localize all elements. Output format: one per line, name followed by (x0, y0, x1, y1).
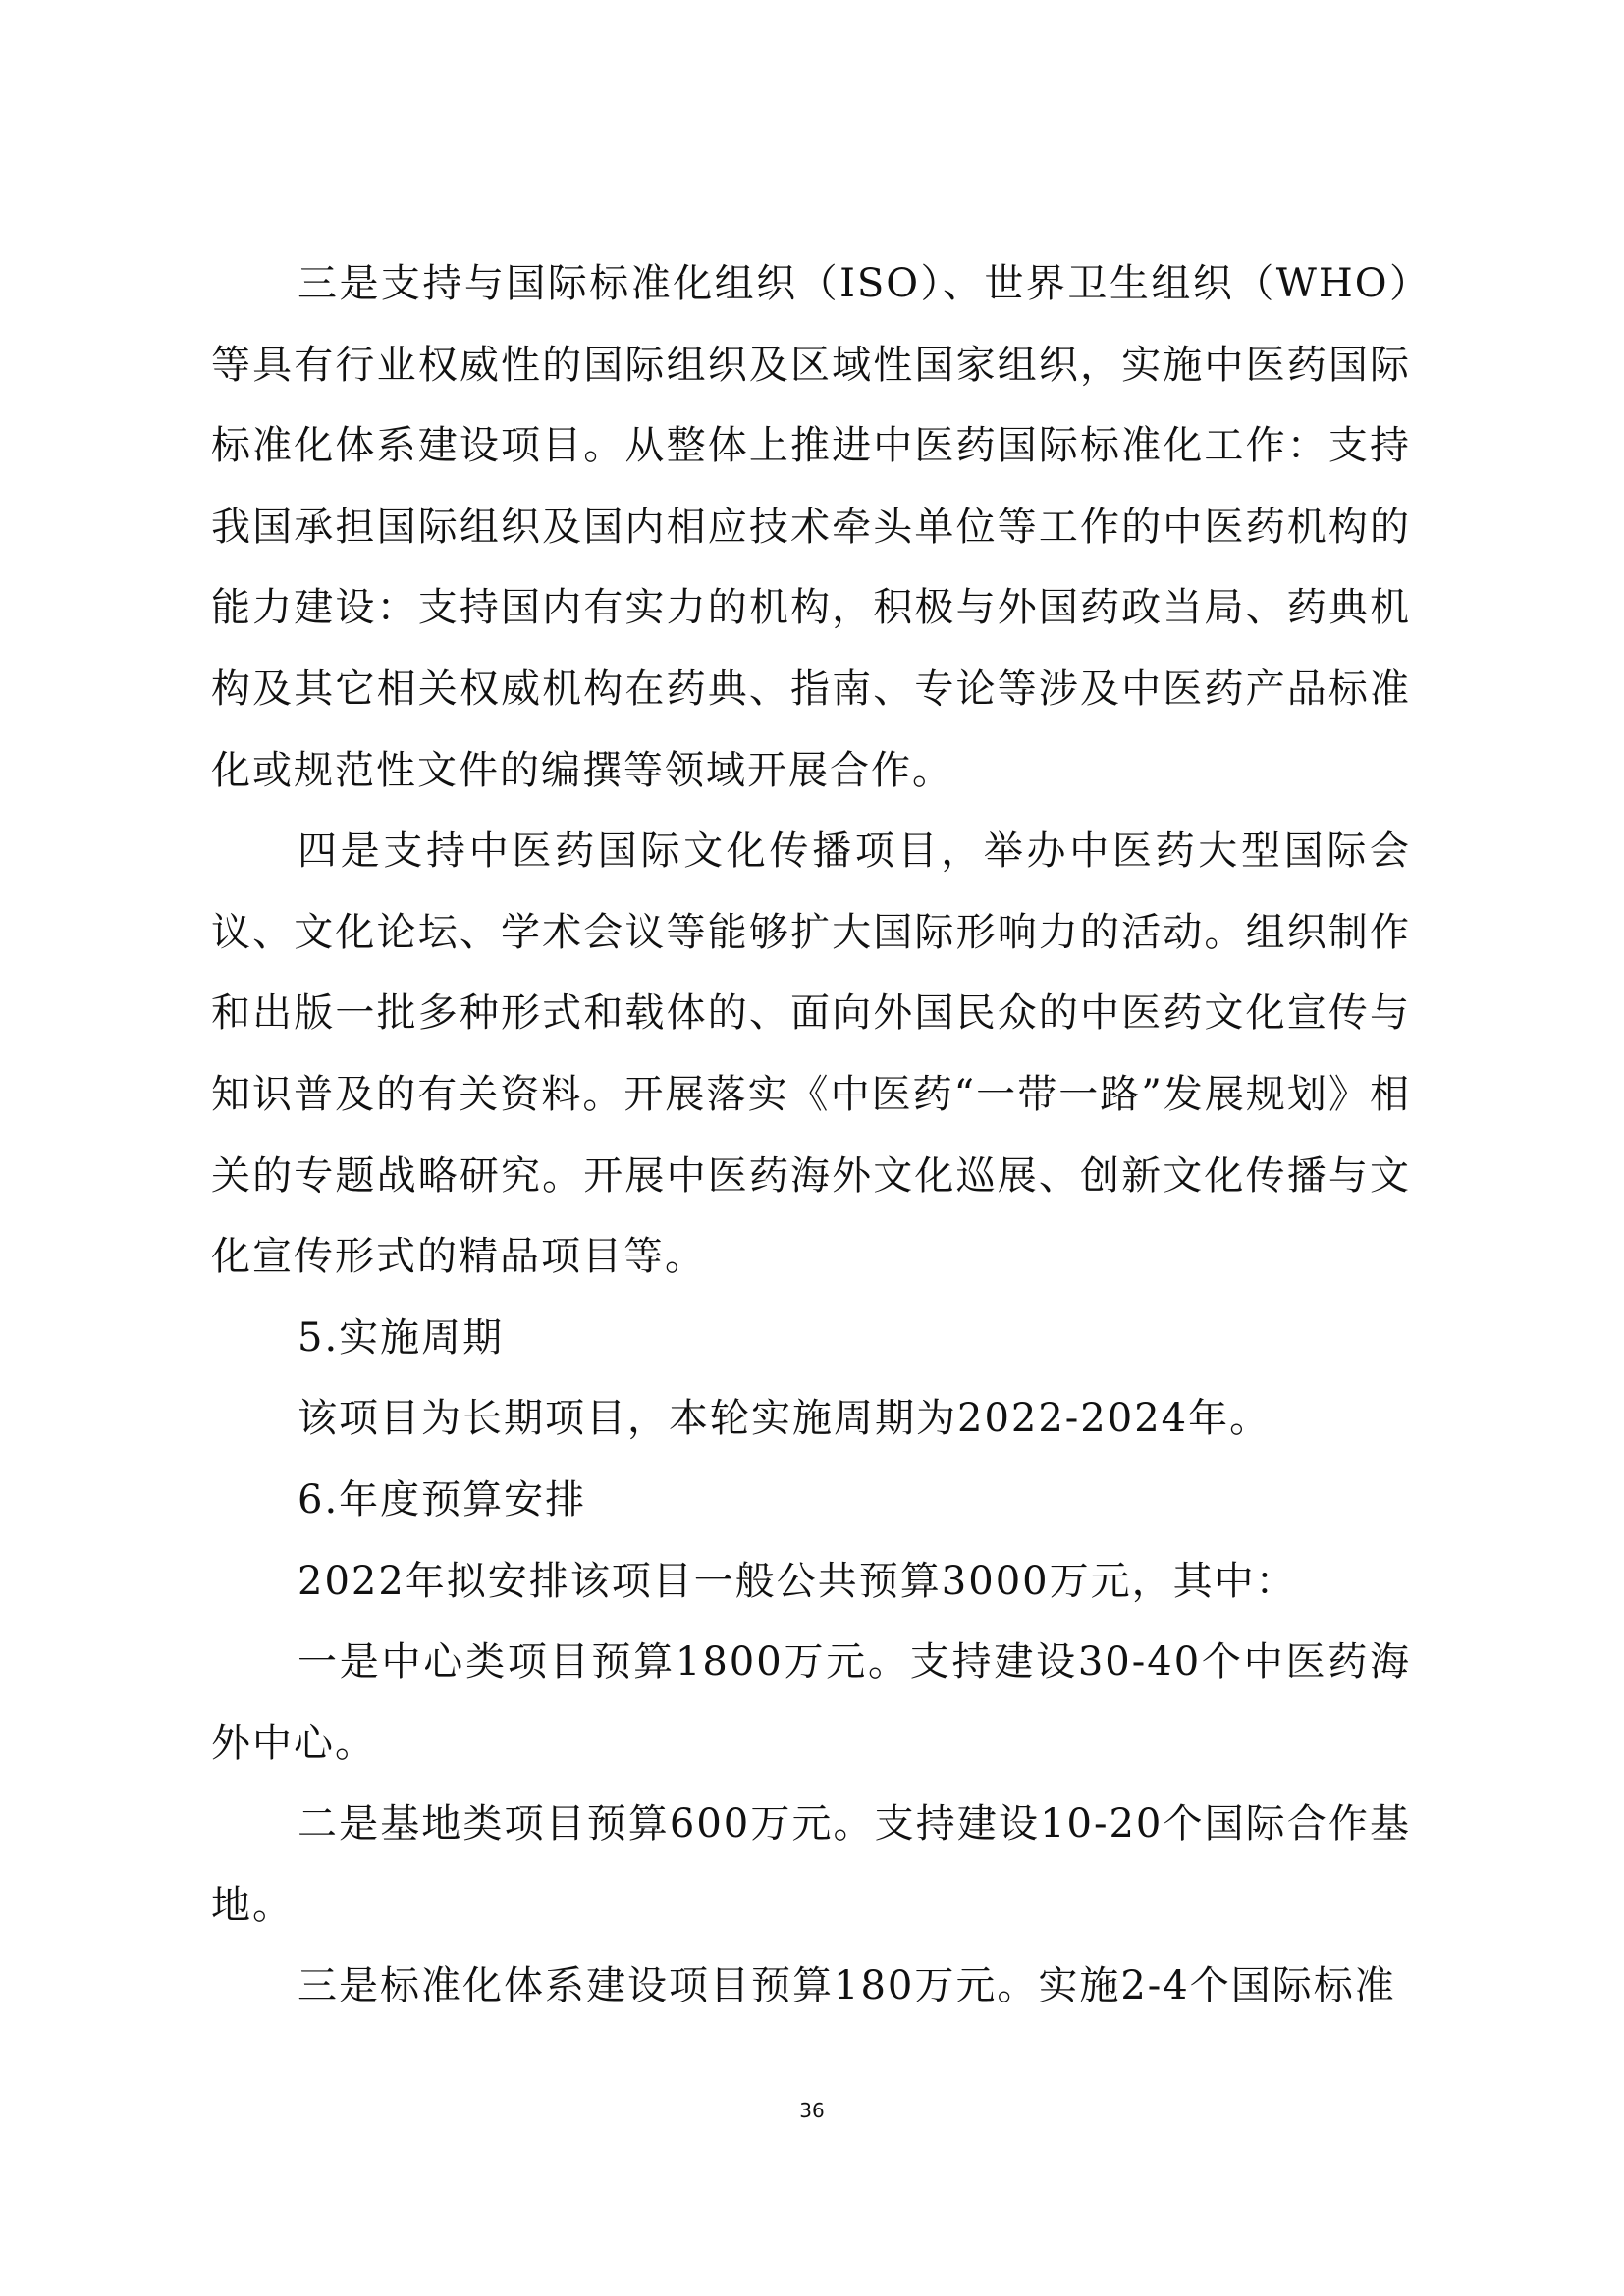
paragraph-budget-centers: 一是中心类项目预算1800万元。支持建设30-40个中医药海外中心。 (211, 1622, 1411, 1784)
paragraph-culture: 四是支持中医药国际文化传播项目，举办中医药大型国际会议、文化论坛、学术会议等能够… (211, 811, 1411, 1298)
paragraph-budget-total: 2022年拟安排该项目一般公共预算3000万元，其中： (211, 1541, 1411, 1623)
heading-annual-budget: 6.年度预算安排 (211, 1460, 1411, 1541)
heading-implementation-period: 5.实施周期 (211, 1298, 1411, 1379)
paragraph-standardization: 三是支持与国际标准化组织（ISO）、世界卫生组织（WHO）等具有行业权威性的国际… (211, 243, 1411, 811)
paragraph-budget-bases: 二是基地类项目预算600万元。支持建设10-20个国际合作基地。 (211, 1784, 1411, 1946)
body-text: 三是支持与国际标准化组织（ISO）、世界卫生组织（WHO）等具有行业权威性的国际… (211, 243, 1411, 2027)
document-page: 三是支持与国际标准化组织（ISO）、世界卫生组织（WHO）等具有行业权威性的国际… (0, 0, 1624, 2296)
page-number: 36 (0, 2099, 1624, 2122)
paragraph-budget-standards: 三是标准化体系建设项目预算180万元。实施2-4个国际标准 (211, 1946, 1411, 2027)
paragraph-period: 该项目为长期项目，本轮实施周期为2022-2024年。 (211, 1378, 1411, 1460)
